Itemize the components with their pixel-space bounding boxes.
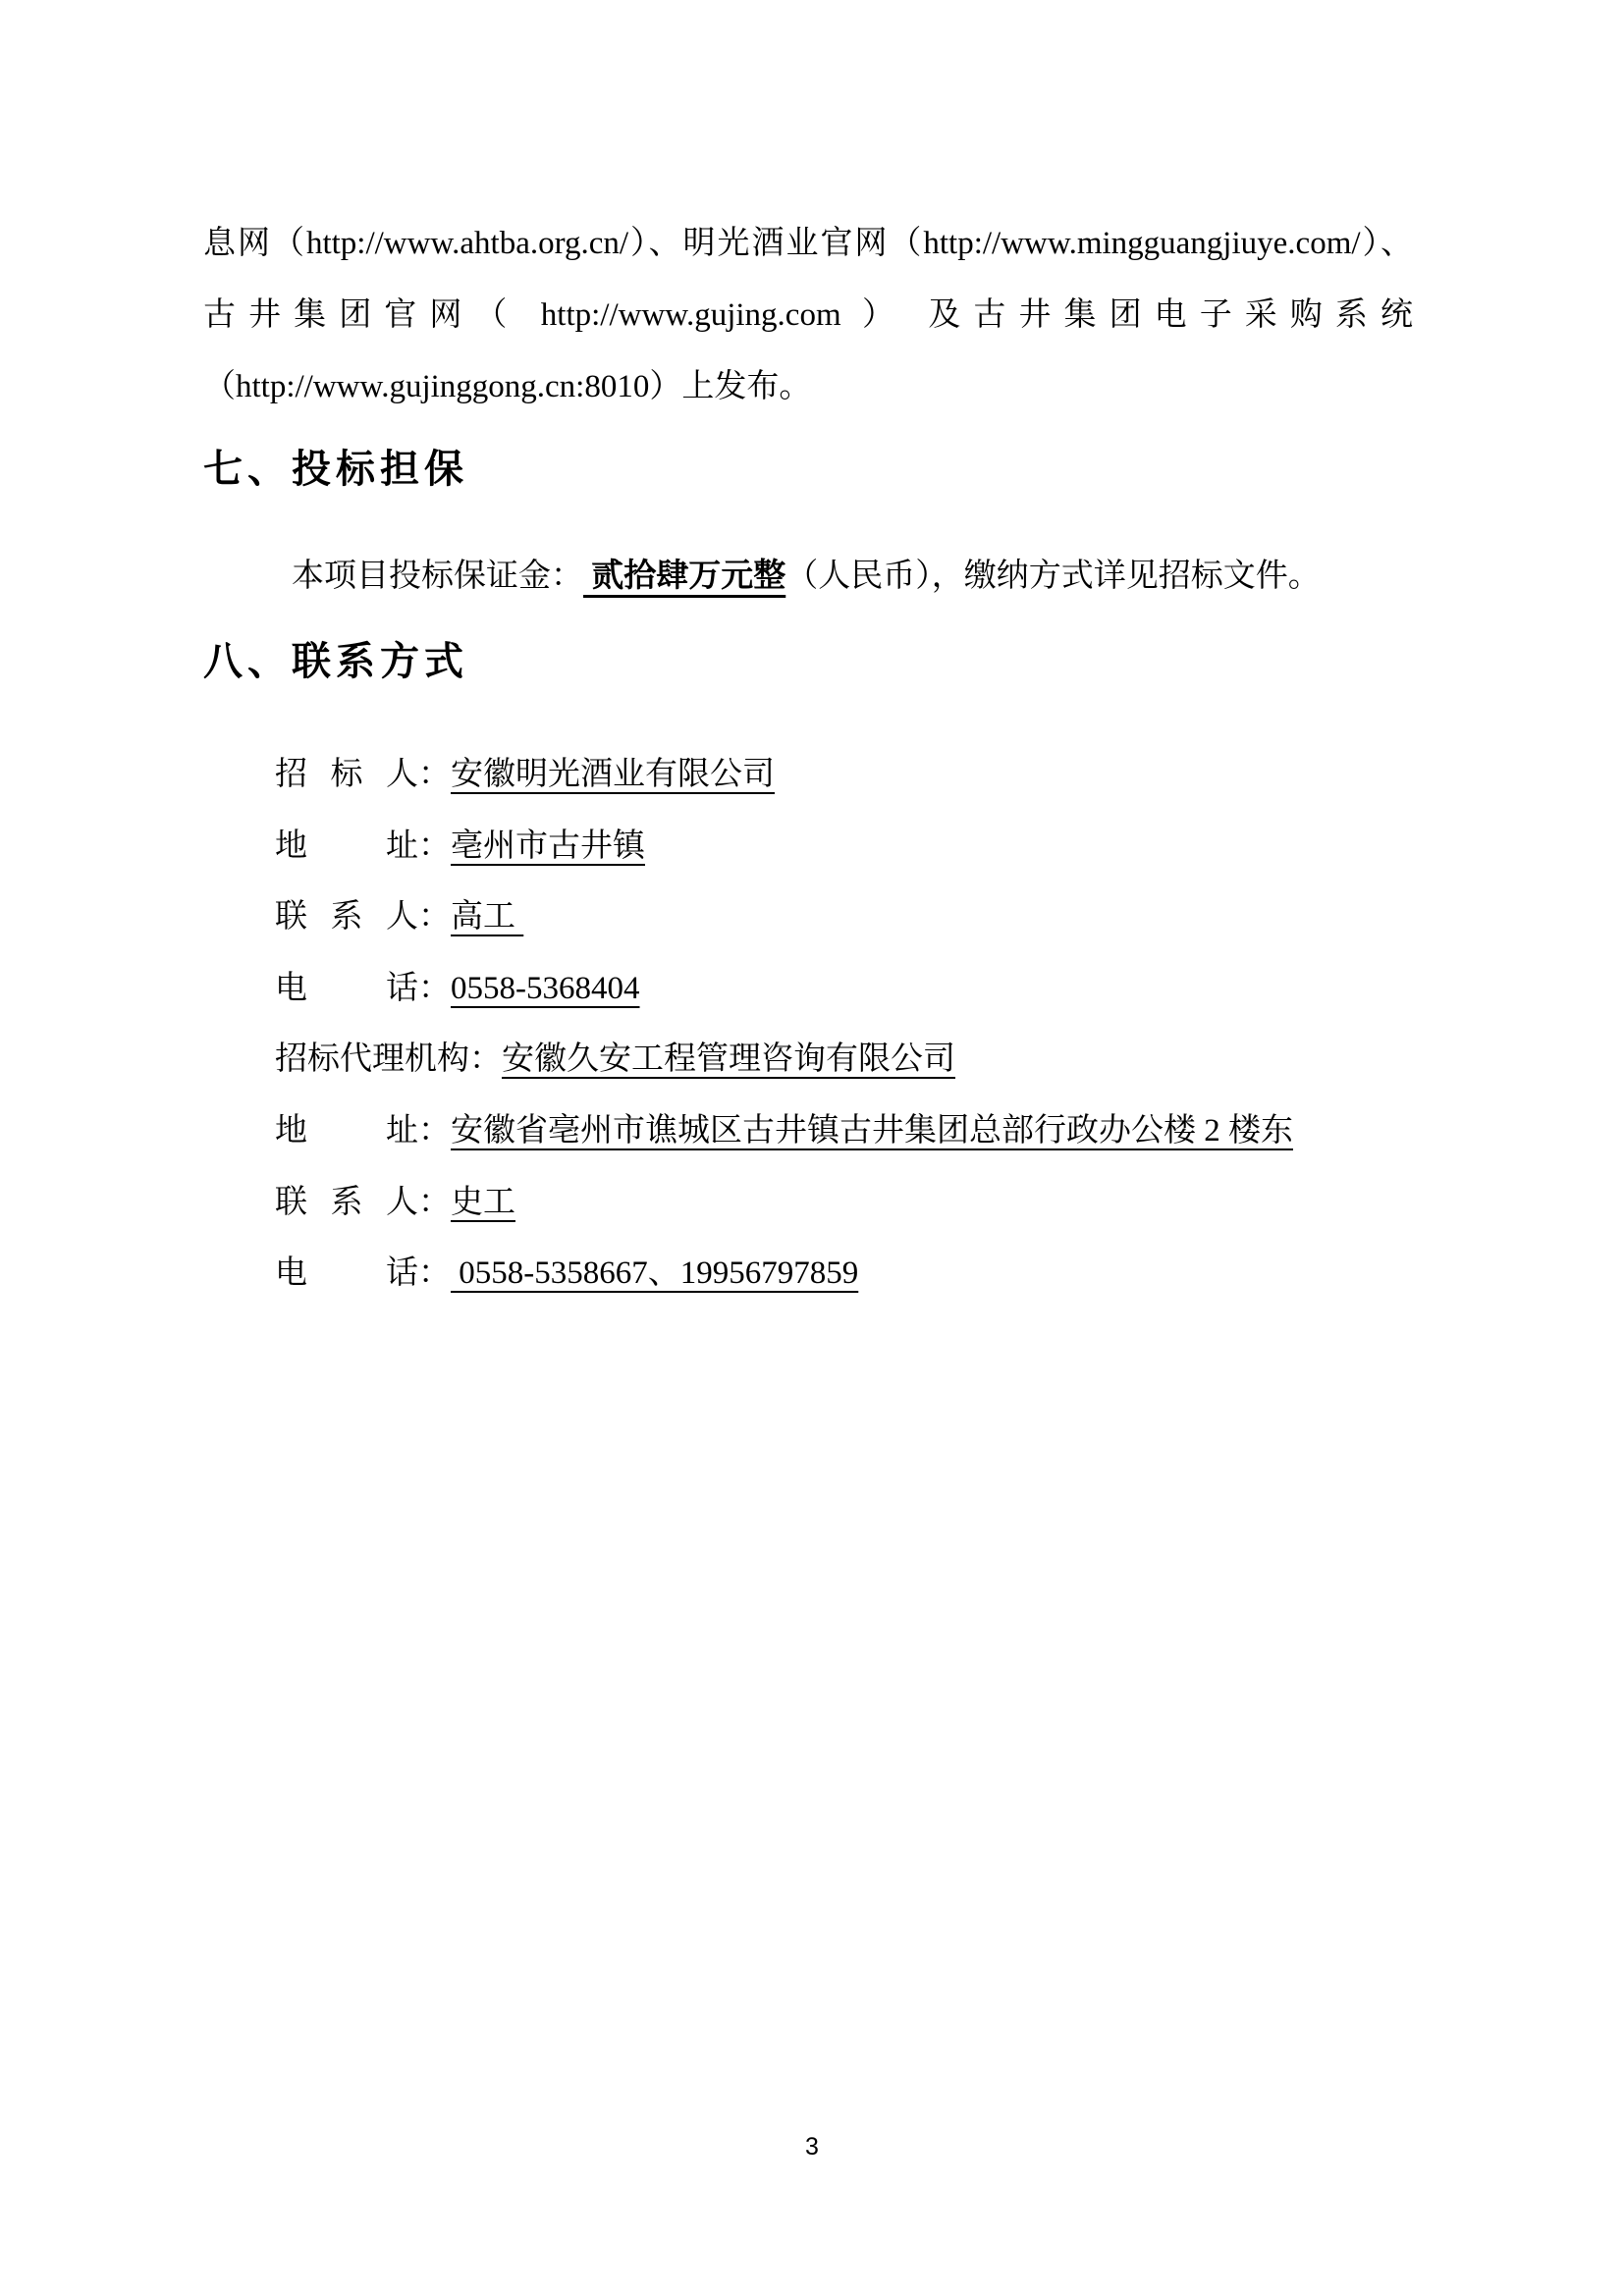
contact-colon: ：: [418, 1113, 451, 1148]
contact-label: 联系人: [275, 881, 418, 953]
intro-line-1: 息网（http://www.ahtba.org.cn/）、明光酒业官网（http…: [203, 208, 1413, 280]
contact-colon: ：: [418, 971, 451, 1006]
contact-row-agency: 招标代理机构：安徽久安工程管理咨询有限公司: [275, 1024, 1413, 1095]
contact-colon: ：: [418, 828, 451, 864]
contact-colon: ：: [418, 1185, 451, 1220]
contact-label: 地址: [275, 811, 418, 882]
intro-line-2: 古井集团官网（ http://www.gujing.com ） 及古井集团电子采…: [203, 280, 1413, 351]
section-heading-contact-info: 八、联系方式: [203, 640, 468, 683]
contact-row-tenderee-phone: 电话：0558-5368404: [275, 953, 1413, 1025]
contact-value: 史工: [451, 1185, 515, 1220]
contact-value: 安徽省亳州市谯城区古井镇古井集团总部行政办公楼 2 楼东: [451, 1113, 1293, 1148]
contact-value: 高工: [451, 899, 523, 934]
intro-paragraph: 息网（http://www.ahtba.org.cn/）、明光酒业官网（http…: [203, 208, 1413, 423]
contact-colon: ：: [418, 899, 451, 934]
contact-label: 招标代理机构: [275, 1024, 469, 1095]
contact-value: 0558-5368404: [451, 971, 640, 1006]
contact-label: 电话: [275, 1238, 418, 1309]
contact-label: 电话: [275, 953, 418, 1025]
contact-colon: ：: [469, 1041, 502, 1077]
contact-row-tenderee-person: 联系人：高工: [275, 881, 1413, 953]
contact-row-agency-person: 联系人：史工: [275, 1167, 1413, 1239]
contact-label: 地址: [275, 1095, 418, 1167]
document-page: 息网（http://www.ahtba.org.cn/）、明光酒业官网（http…: [0, 0, 1624, 2296]
contact-list: 招标人：安徽明光酒业有限公司 地址：亳州市古井镇 联系人：高工 电话：0558-…: [275, 739, 1413, 1309]
bid-deposit-suffix: （人民币），缴纳方式详见招标文件。: [785, 559, 1321, 594]
contact-label: 联系人: [275, 1167, 418, 1239]
contact-colon: ：: [418, 757, 451, 792]
bid-deposit-paragraph: 本项目投标保证金： 贰拾肆万元整（人民币），缴纳方式详见招标文件。: [203, 551, 1421, 602]
contact-value: 安徽久安工程管理咨询有限公司: [502, 1041, 955, 1077]
intro-line-3: （http://www.gujinggong.cn:8010）上发布。: [203, 351, 1413, 423]
contact-value: 安徽明光酒业有限公司: [451, 757, 775, 792]
contact-colon: ：: [418, 1255, 451, 1291]
contact-row-tenderee: 招标人：安徽明光酒业有限公司: [275, 739, 1413, 811]
contact-row-agency-address: 地址：安徽省亳州市谯城区古井镇古井集团总部行政办公楼 2 楼东: [275, 1095, 1413, 1167]
contact-value: 0558-5358667、19956797859: [451, 1255, 858, 1291]
contact-label: 招标人: [275, 739, 418, 811]
page-number: 3: [0, 2132, 1624, 2162]
bid-deposit-prefix: 本项目投标保证金：: [292, 559, 583, 594]
contact-value: 亳州市古井镇: [451, 828, 645, 864]
bid-deposit-amount: 贰拾肆万元整: [583, 559, 785, 594]
section-heading-bid-guarantee: 七、投标担保: [203, 448, 468, 491]
contact-row-agency-phone: 电话： 0558-5358667、19956797859: [275, 1238, 1413, 1309]
contact-row-tenderee-address: 地址：亳州市古井镇: [275, 811, 1413, 882]
